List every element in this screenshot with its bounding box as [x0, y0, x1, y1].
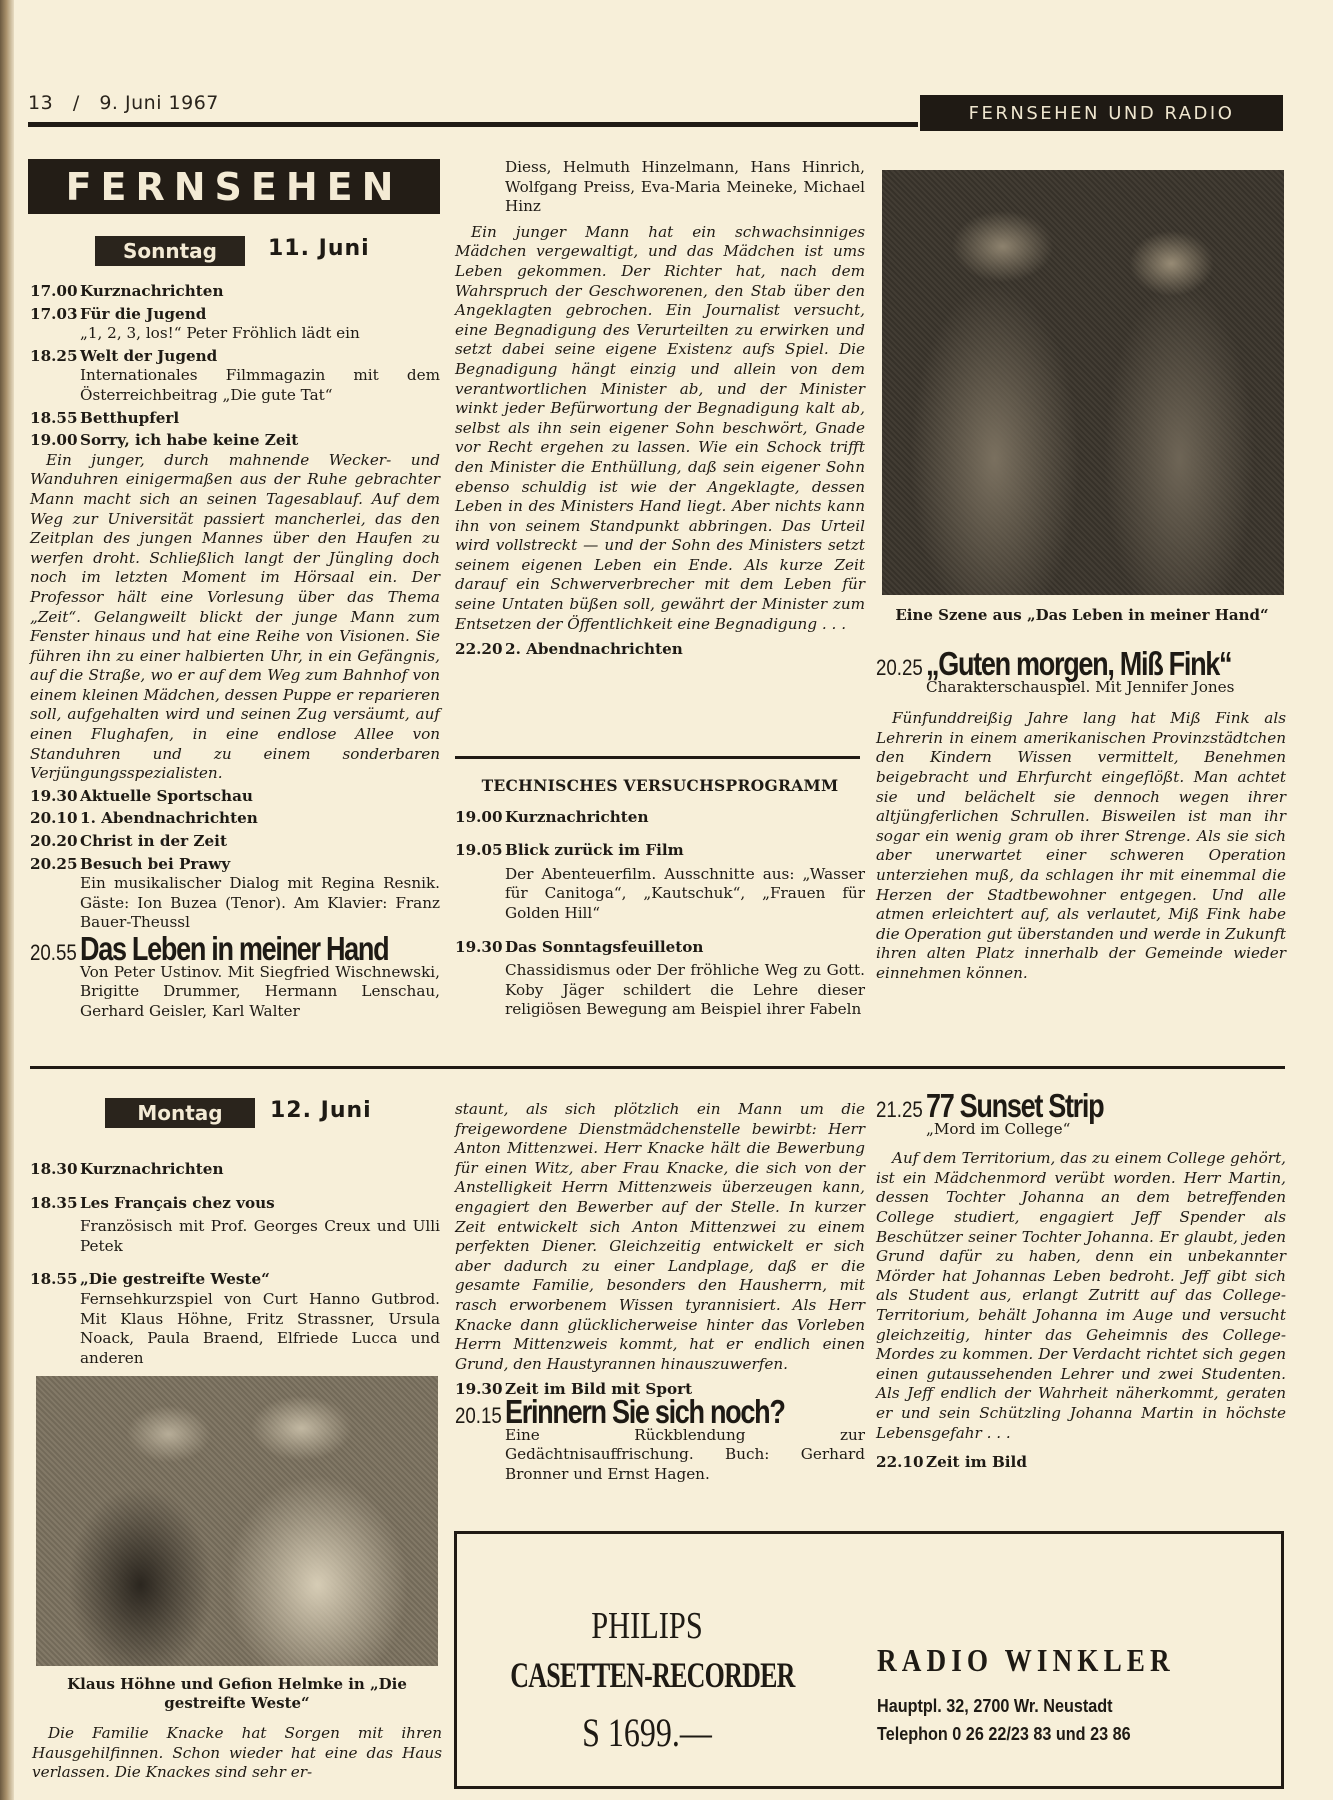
- entry-subtitle: Internationales Filmmagazin mit dem Öste…: [30, 366, 440, 405]
- entry-description: Die Familie Knacke hat Sorgen mit ihren …: [32, 1724, 442, 1783]
- entry-description: Fünfunddreißig Jahre lang hat Miß Fink a…: [876, 709, 1286, 983]
- program-entry: 20.101. Abendnachrichten: [30, 809, 440, 829]
- entry-time: 20.25: [30, 855, 80, 875]
- ad-shop-block: RADIO WINKLER Hauptpl. 32, 2700 Wr. Neus…: [877, 1534, 1277, 1786]
- program-entry: 19.00Sorry, ich habe keine Zeit Ein jung…: [30, 431, 440, 784]
- scene-photo-leben: [882, 170, 1284, 595]
- program-entry: 19.05Blick zurück im Film Der Abenteuerf…: [455, 841, 865, 923]
- highlight-description: Ein junger Mann hat ein schwachsinniges …: [455, 223, 865, 634]
- entry-title: Sorry, ich habe keine Zeit: [80, 431, 298, 451]
- program-entry: 19.30Aktuelle Sportschau: [30, 787, 440, 807]
- entry-time: 18.25: [30, 347, 80, 367]
- photo-caption-leben: Eine Szene aus „Das Leben in meiner Hand…: [872, 606, 1292, 625]
- program-entry: 18.30Kurznachrichten: [30, 1160, 440, 1180]
- entry-subtitle: Fernsehkurzspiel von Curt Hanno Gutbrod.…: [30, 1290, 440, 1368]
- program-entry: 19.00Kurznachrichten: [455, 808, 865, 828]
- entry-title: Christ in der Zeit: [80, 832, 227, 852]
- entry-description-continued: staunt, als sich plötzlich ein Mann um d…: [455, 1100, 865, 1374]
- entry-subtitle: Französisch mit Prof. Georges Creux und …: [30, 1217, 440, 1256]
- photo-caption-weste: Klaus Höhne und Gefion Helmke in „Die ge…: [32, 1675, 442, 1713]
- program-entry: 17.03Für die Jugend „1, 2, 3, los!“ Pete…: [30, 305, 440, 344]
- ad-brand: PHILIPS: [495, 1604, 799, 1648]
- entry-subtitle: Der Abenteuerfilm. Ausschnitte aus: „Was…: [455, 865, 865, 924]
- monday-column: 18.30Kurznachrichten 18.35Les Français c…: [30, 1160, 440, 1371]
- program-entry: 20.25Besuch bei Prawy Ein musikalischer …: [30, 855, 440, 933]
- entry-title: 1. Abendnachrichten: [80, 809, 258, 829]
- entry-title: Welt der Jugend: [80, 347, 217, 367]
- monday-column-continued: staunt, als sich plötzlich ein Mann um d…: [455, 1100, 865, 1484]
- highlight-time: 20.55: [30, 943, 73, 963]
- entry-subtitle: „1, 2, 3, los!“ Peter Fröhlich lädt ein: [30, 324, 440, 344]
- header-separator: /: [73, 92, 80, 114]
- section-divider: [455, 756, 860, 759]
- entry-subtitle: Ein musikalischer Dialog mit Regina Resn…: [30, 874, 440, 933]
- entry-time: 17.00: [30, 282, 80, 302]
- page-number: 13: [28, 92, 53, 114]
- entry-title: Betthupferl: [80, 409, 179, 429]
- day-date-monday: 12. Juni: [270, 1098, 372, 1123]
- highlight-entry-erinnern: 20.15 Erinnern Sie sich noch?: [455, 1402, 865, 1426]
- entry-time: 19.30: [455, 938, 505, 958]
- highlight-entry-sunset: 21.25 77 Sunset Strip: [876, 1096, 1286, 1120]
- miss-fink-entry: 20.25 „Guten morgen, Miß Fink“ Charakter…: [876, 648, 1286, 984]
- program-entry: 22.20 2. Abendnachrichten: [455, 640, 865, 660]
- entry-time: 20.10: [30, 809, 80, 829]
- entry-title: Für die Jugend: [80, 305, 206, 325]
- entry-description: Ein junger, durch mahnende Wecker- und W…: [30, 451, 440, 784]
- section-banner: FERNSEHEN UND RADIO: [920, 95, 1283, 131]
- entry-time: 18.30: [30, 1160, 80, 1180]
- day-badge-monday: Montag: [105, 1098, 255, 1128]
- day-date-sunday: 11. Juni: [268, 236, 370, 261]
- entry-subtitle: Chassidismus oder Der fröhliche Weg zu G…: [455, 961, 865, 1020]
- page-binding-edge: [0, 0, 14, 1800]
- entry-time: 17.03: [30, 305, 80, 325]
- sunday-column: 17.00Kurznachrichten 17.03Für die Jugend…: [30, 282, 440, 1021]
- ad-product: CASETTEN-RECORDER: [510, 1654, 784, 1696]
- sunset-strip-entry: 21.25 77 Sunset Strip „Mord im College“ …: [876, 1090, 1286, 1473]
- entry-title: Aktuelle Sportschau: [80, 787, 253, 807]
- program-entry: 17.00Kurznachrichten: [30, 282, 440, 302]
- weste-description: Die Familie Knacke hat Sorgen mit ihren …: [32, 1724, 442, 1783]
- highlight-title: 77 Sunset Strip: [926, 1096, 1103, 1116]
- ad-price: S 1699.—: [495, 1709, 799, 1756]
- highlight-cast: Von Peter Ustinov. Mit Siegfried Wischne…: [30, 963, 440, 1022]
- entry-subtitle: Eine Rückblendung zur Gedächtnisauffrisc…: [455, 1426, 865, 1485]
- entry-time: 18.35: [30, 1194, 80, 1214]
- tech-program-heading: TECHNISCHES VERSUCHSPROGRAMM: [455, 776, 865, 796]
- ad-shop-name: RADIO WINKLER: [877, 1642, 1175, 1679]
- entry-time: 20.20: [30, 832, 80, 852]
- ad-phone: Telephon 0 26 22/23 83 und 23 86: [877, 1724, 1131, 1745]
- entry-title: Blick zurück im Film: [505, 841, 684, 861]
- entry-time: 19.00: [455, 808, 505, 828]
- header-rule: [28, 122, 918, 127]
- entry-title: Besuch bei Prawy: [80, 855, 230, 875]
- entry-title: Kurznachrichten: [80, 282, 224, 302]
- program-entry: 18.35Les Français chez vous Französisch …: [30, 1194, 440, 1257]
- program-entry: 18.25Welt der Jugend Internationales Fil…: [30, 347, 440, 406]
- scene-photo-weste: [36, 1376, 438, 1666]
- entry-title: Das Sonntagsfeuilleton: [505, 938, 703, 958]
- highlight-time: 21.25: [876, 1100, 919, 1120]
- highlight-time: 20.25: [876, 658, 919, 678]
- day-badge-sunday: Sonntag: [95, 236, 245, 266]
- entry-description: Auf dem Territorium, das zu einem Colleg…: [876, 1149, 1286, 1443]
- program-entry: 22.10 Zeit im Bild: [876, 1453, 1286, 1473]
- ad-product-block: PHILIPS CASETTEN-RECORDER S 1699.—: [457, 1534, 837, 1786]
- entry-title: Les Français chez vous: [80, 1194, 275, 1214]
- highlight-entry-leben: 20.55 Das Leben in meiner Hand: [30, 939, 440, 963]
- highlight-title: „Guten morgen, Miß Fink“: [926, 654, 1231, 674]
- entry-time: 19.30: [455, 1380, 505, 1400]
- highlight-entry-fink: 20.25 „Guten morgen, Miß Fink“: [876, 654, 1286, 678]
- entry-time: 22.10: [876, 1453, 926, 1473]
- entry-time: 18.55: [30, 1270, 80, 1290]
- highlight-cast-continued: Diess, Helmuth Hinzelmann, Hans Hinrich,…: [455, 158, 865, 217]
- entry-title: Zeit im Bild: [926, 1453, 1027, 1473]
- ad-address: Hauptpl. 32, 2700 Wr. Neustadt: [877, 1696, 1113, 1717]
- sunday-column-continued: Diess, Helmuth Hinzelmann, Hans Hinrich,…: [455, 158, 865, 660]
- entry-time: 19.30: [30, 787, 80, 807]
- advertisement-box: PHILIPS CASETTEN-RECORDER S 1699.— RADIO…: [454, 1531, 1284, 1789]
- program-entry: 19.30Das Sonntagsfeuilleton Chassidismus…: [455, 938, 865, 1020]
- highlight-title: Erinnern Sie sich noch?: [505, 1402, 785, 1422]
- entry-title: Kurznachrichten: [505, 808, 649, 828]
- entry-title: „Die gestreifte Weste“: [80, 1270, 270, 1290]
- program-entry: 18.55Betthupferl: [30, 409, 440, 429]
- fernsehen-banner: FERNSEHEN: [28, 159, 440, 214]
- page-header: 13 / 9. Juni 1967: [28, 92, 219, 114]
- entry-time: 18.55: [30, 409, 80, 429]
- highlight-time: 20.15: [455, 1406, 498, 1426]
- entry-time: 22.20: [455, 640, 505, 660]
- program-entry: 20.20Christ in der Zeit: [30, 832, 440, 852]
- highlight-title: Das Leben in meiner Hand: [80, 939, 388, 959]
- tech-program: TECHNISCHES VERSUCHSPROGRAMM 19.00Kurzna…: [455, 762, 865, 1023]
- entry-title: Kurznachrichten: [80, 1160, 224, 1180]
- entry-time: 19.05: [455, 841, 505, 861]
- entry-time: 19.00: [30, 431, 80, 451]
- program-entry: 18.55„Die gestreifte Weste“ Fernsehkurzs…: [30, 1270, 440, 1368]
- entry-title: 2. Abendnachrichten: [505, 640, 683, 660]
- day-divider: [30, 1066, 1285, 1069]
- issue-date: 9. Juni 1967: [99, 92, 219, 114]
